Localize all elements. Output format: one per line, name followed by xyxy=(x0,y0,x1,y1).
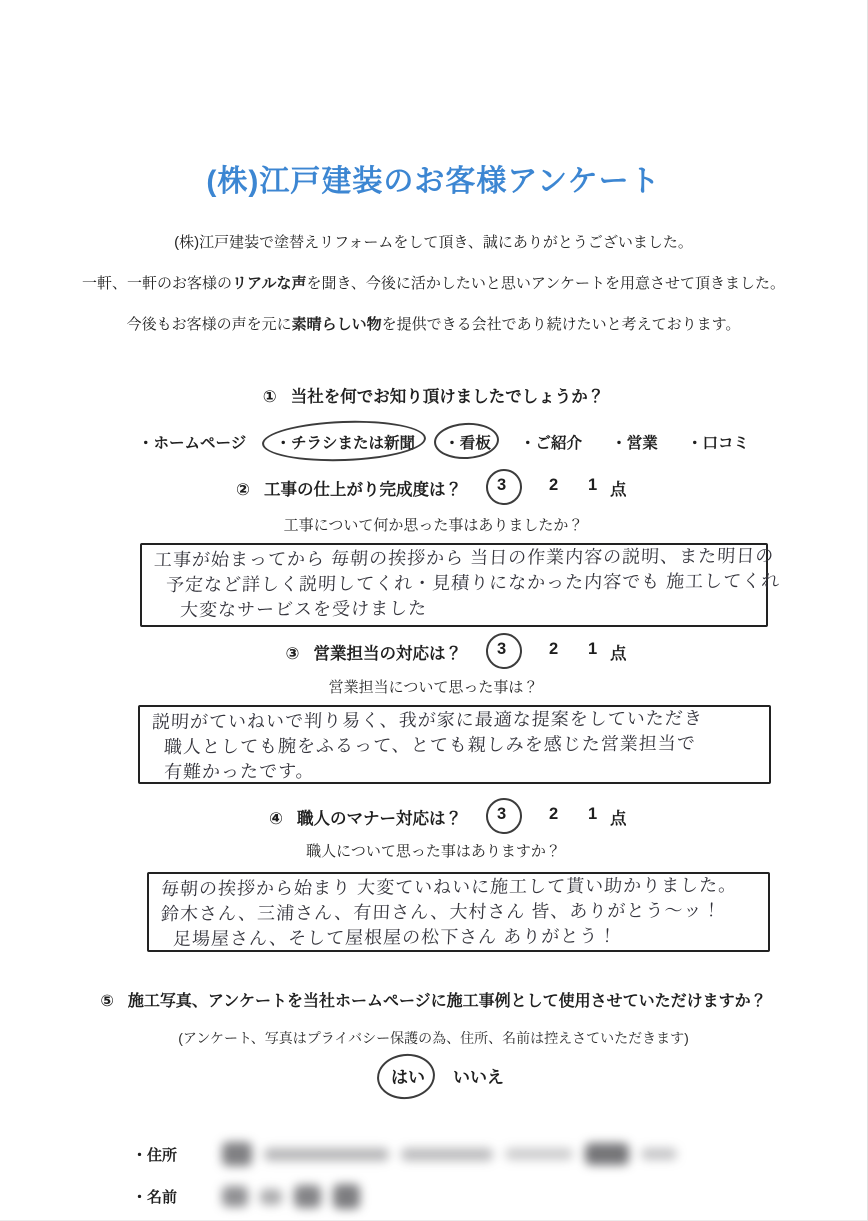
question-2-prompt: 工事について何か思った事はありましたか？ xyxy=(0,514,867,535)
question-2-text: 工事の仕上がり完成度は？ xyxy=(264,481,462,499)
q3-score-3-circled: 3 xyxy=(497,640,506,659)
question-2-number: ② xyxy=(236,481,250,499)
question-3-label: ③営業担当の対応は？ xyxy=(286,640,462,664)
option-referral: ・ご紹介 xyxy=(520,431,582,453)
question-4-label: ④職人のマナー対応は？ xyxy=(269,805,462,829)
question-1-heading: ①当社を何でお知り頂けましたでしょうか？ xyxy=(0,383,867,407)
q4-score-1: 1 xyxy=(588,805,597,824)
intro-bold-text: 素晴らしい物 xyxy=(292,316,382,333)
option-signboard-circled: ・看板 xyxy=(444,431,491,453)
blur-blob xyxy=(333,1184,360,1209)
question-3-prompt: 営業担当について思った事は？ xyxy=(0,676,867,697)
handwritten-line: 足場屋さん、そして屋根屋の松下さん ありがとう！ xyxy=(172,923,760,952)
intro-text: を聞き、今後に活かしたいと思いアンケートを用意させて頂きました。 xyxy=(306,275,785,292)
address-label: ・住所 xyxy=(132,1144,192,1165)
question-3-number: ③ xyxy=(286,645,300,663)
q3-score-unit: 点 xyxy=(610,640,627,664)
intro-text: (株)江戸建装で塗替えリフォームをして頂き、誠にありがとうございました。 xyxy=(174,234,693,251)
handwritten-answer-box-construction: 工事が始まってから 毎朝の挨拶から 当日の作業内容の説明、また明日の 予定など詳… xyxy=(140,543,768,627)
blur-blob xyxy=(585,1143,629,1165)
page-title: (株)江戸建装のお客様アンケート xyxy=(0,0,867,200)
intro-line-2: 一軒、一軒のお客様のリアルな声を聞き、今後に活かしたいと思いアンケートを用意させ… xyxy=(0,272,867,293)
handwritten-line: 有難かったです。 xyxy=(163,756,761,785)
scanned-survey-page: (株)江戸建装のお客様アンケート (株)江戸建装で塗替えリフォームをして頂き、誠… xyxy=(0,0,868,1221)
question-1-options-row: ・ホームページ ・チラシまたは新聞 ・看板 ・ご紹介 ・営業 ・口コミ xyxy=(138,431,749,453)
q2-score-3-circled: 3 xyxy=(497,476,506,495)
question-2-row: ②工事の仕上がり完成度は？ 3 2 1 点 xyxy=(0,476,867,499)
option-word-of-mouth: ・口コミ xyxy=(687,431,749,453)
redacted-name-text xyxy=(222,1184,360,1209)
option-homepage: ・ホームページ xyxy=(138,431,246,453)
intro-line-1: (株)江戸建装で塗替えリフォームをして頂き、誠にありがとうございました。 xyxy=(0,231,867,252)
handwritten-line: 大変なサービスを受けました xyxy=(179,594,758,623)
question-4-prompt: 職人について思った事はありますか？ xyxy=(0,840,867,861)
q2-score-2: 2 xyxy=(549,476,558,495)
intro-text: 今後もお客様の声を元に xyxy=(127,316,292,333)
question-3-text: 営業担当の対応は？ xyxy=(314,645,463,663)
intro-line-3: 今後もお客様の声を元に素晴らしい物を提供できる会社であり続けたいと考えております… xyxy=(0,313,867,334)
q4-score-2: 2 xyxy=(549,805,558,824)
question-4-text: 職人のマナー対応は？ xyxy=(297,810,462,828)
blur-blob xyxy=(641,1148,677,1160)
intro-text: 一軒、一軒のお客様の xyxy=(82,275,232,292)
blur-blob xyxy=(264,1148,389,1161)
name-label: ・名前 xyxy=(132,1186,192,1207)
option-flyer-or-newspaper-circled: ・チラシまたは新聞 xyxy=(275,431,415,453)
q2-score-1: 1 xyxy=(588,476,597,495)
question-1-label: 当社を何でお知り頂けましたでしょうか？ xyxy=(291,388,605,406)
blur-blob xyxy=(222,1142,252,1166)
intro-text: を提供できる会社であり続けたいと考えております。 xyxy=(382,316,741,333)
redacted-address-text xyxy=(222,1142,677,1166)
blur-blob xyxy=(260,1189,282,1205)
question-1-number: ① xyxy=(263,388,277,406)
option-no: いいえ xyxy=(453,1063,504,1088)
option-yes-circled: はい xyxy=(391,1063,425,1088)
privacy-note: (アンケート、写真はプライバシー保護の為、住所、名前は控えさていただきます) xyxy=(0,1028,867,1048)
option-sales: ・営業 xyxy=(611,431,658,453)
question-4-row: ④職人のマナー対応は？ 3 2 1 点 xyxy=(0,805,867,828)
q4-score-unit: 点 xyxy=(610,805,627,829)
handwritten-answer-box-craftsmen: 毎朝の挨拶から始まり 大変ていねいに施工して貰い助かりました。 鈴木さん、三浦さ… xyxy=(147,872,770,952)
q4-score-3-circled: 3 xyxy=(497,805,506,824)
address-row: ・住所 xyxy=(132,1142,867,1166)
question-2-label: ②工事の仕上がり完成度は？ xyxy=(236,476,462,500)
question-5-answer-row: はい いいえ xyxy=(14,1063,868,1088)
q2-score-unit: 点 xyxy=(610,476,627,500)
question-5-number: ⑤ xyxy=(100,993,114,1010)
q3-score-1: 1 xyxy=(588,640,597,659)
blur-blob xyxy=(505,1148,573,1160)
blur-blob xyxy=(401,1148,493,1161)
question-3-row: ③営業担当の対応は？ 3 2 1 点 xyxy=(0,640,867,663)
blur-blob xyxy=(222,1186,248,1207)
intro-bold-text: リアルな声 xyxy=(232,275,306,292)
question-5-label: 施工写真、アンケートを当社ホームページに施工事例として使用させていただけますか？ xyxy=(128,993,767,1010)
blur-blob xyxy=(294,1185,321,1208)
question-5-heading: ⑤施工写真、アンケートを当社ホームページに施工事例として使用させていただけますか… xyxy=(0,988,867,1011)
question-4-number: ④ xyxy=(269,810,283,828)
handwritten-answer-box-sales: 説明がていねいで判り易く、我が家に最適な提案をしていただき 職人としても腕をふる… xyxy=(138,705,771,784)
q3-score-2: 2 xyxy=(549,640,558,659)
name-row: ・名前 xyxy=(132,1184,867,1209)
